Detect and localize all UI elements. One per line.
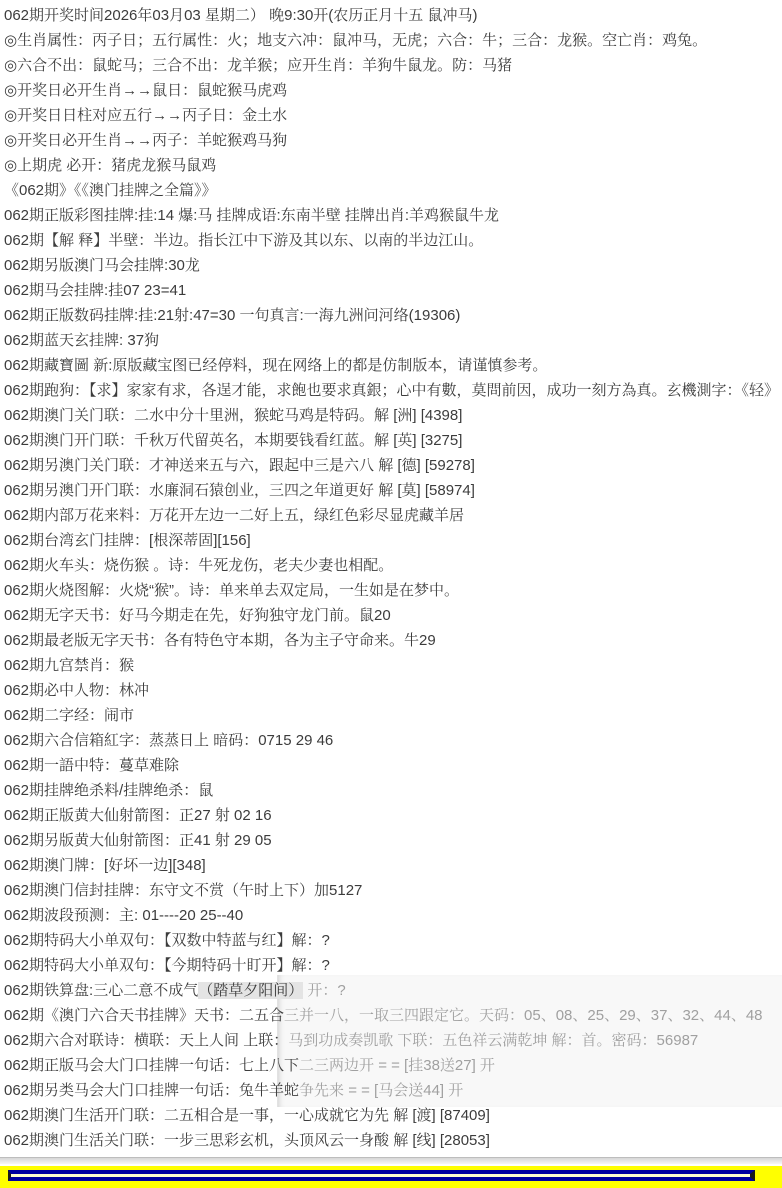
text-line: 062期台湾玄门挂牌：[根深蒂固][156] xyxy=(0,528,782,553)
text-line: 062期澳门生活关门联：一步三思彩玄机，头顶风云一身酸 解 [线] [28053… xyxy=(0,1128,782,1153)
text-segment: 争先来 = = [马会送44] 开 xyxy=(299,1082,463,1099)
text-line: 062期内部万花来料：万花开左边一二好上五，绿红色彩尽显虎藏羊居 xyxy=(0,503,782,528)
text-line: 062期正版马会大门口挂牌一句话：七上八下二三两边开 = = [挂38送27] … xyxy=(0,1053,782,1078)
text-line: 062期火烧图解：火烧“猴”。诗：单来单去双定局，一生如是在梦中。 xyxy=(0,578,782,603)
text-segment: （踏草夕阳间） xyxy=(198,982,303,999)
text-line: ◎开奖日必开生肖→→鼠日：鼠蛇猴马虎鸡 xyxy=(0,78,782,103)
text-line: ◎生肖属性：丙子日；五行属性：火；地支六冲：鼠冲马，无虎；六合：牛；三合：龙猴。… xyxy=(0,28,782,53)
text-line: 062期正版黄大仙射箭图：正27 射 02 16 xyxy=(0,803,782,828)
bottom-marquee-bar xyxy=(0,1166,782,1188)
text-line: 062期铁算盘:三心二意不成气（踏草夕阳间） 开：? xyxy=(0,978,782,1003)
bottom-divider xyxy=(0,1157,782,1164)
text-line: 062期【解 释】半壁：半边。指长江中下游及其以东、以南的半边江山。 xyxy=(0,228,782,253)
text-line: 062期无字天书：好马今期走在先，好狗独守龙门前。鼠20 xyxy=(0,603,782,628)
text-line: 062期澳门关门联：二水中分十里洲，猴蛇马鸡是特码。解 [洲] [4398] xyxy=(0,403,782,428)
text-line: 062期最老版无字天书：各有特色守本期，各为主子守命来。牛29 xyxy=(0,628,782,653)
marquee-stripes-icon xyxy=(8,1170,755,1181)
text-line: 062期另澳门关门联：才神送来五与六，跟起中三是六八 解 [德] [59278] xyxy=(0,453,782,478)
text-segment: 062期铁算盘:三心二意不成气 xyxy=(4,982,198,999)
text-line: 062期六合对联诗：横联：天上人间 上联：马到功成奏凯歌 下联：五色祥云满乾坤 … xyxy=(0,1028,782,1053)
text-segment: 062期正版马会大门口挂牌一句话：七上八下 xyxy=(4,1057,299,1074)
text-line: ◎上期虎 必开：猪虎龙猴马鼠鸡 xyxy=(0,153,782,178)
text-segment: 062期《澳门六合天书挂牌》天书：二五合 xyxy=(4,1007,284,1024)
text-line: 062期澳门生活开门联：二五相合是一事，一心成就它为先 解 [渡] [87409… xyxy=(0,1103,782,1128)
text-line: 062期火车头：烧伤猴 。诗：牛死龙伤，老夫少妻也相配。 xyxy=(0,553,782,578)
text-line: ◎开奖日必开生肖→→丙子：羊蛇猴鸡马狗 xyxy=(0,128,782,153)
text-lines: 062期开奖时间2026年03月03 星期二） 晚9:30开(农历正月十五 鼠冲… xyxy=(0,3,782,1153)
text-segment: 马到功成奏凯歌 下联：五色祥云满乾坤 解：首。密码：56987 xyxy=(288,1032,698,1049)
text-line: 062期特码大小单双句：【双数中特蓝与红】解：? xyxy=(0,928,782,953)
text-line: 062期蓝天玄挂牌: 37狗 xyxy=(0,328,782,353)
text-line: 062期澳门牌：[好坏一边][348] xyxy=(0,853,782,878)
text-line: 062期二字经：闹市 xyxy=(0,703,782,728)
text-line: ◎六合不出：鼠蛇马；三合不出：龙羊猴；应开生肖：羊狗牛鼠龙。防：马猪 xyxy=(0,53,782,78)
text-line: 062期一語中特：蔓草难除 xyxy=(0,753,782,778)
text-line: 062期另澳门开门联：水廉洞石猿创业，三四之年道更好 解 [莫] [58974] xyxy=(0,478,782,503)
text-line: 062期另类马会大门口挂牌一句话：兔牛羊蛇争先来 = = [马会送44] 开 xyxy=(0,1078,782,1103)
text-segment: 二三两边开 = = [挂38送27] 开 xyxy=(299,1057,495,1074)
text-line: 062期开奖时间2026年03月03 星期二） 晚9:30开(农历正月十五 鼠冲… xyxy=(0,3,782,28)
text-line: 062期马会挂牌:挂07 23=41 xyxy=(0,278,782,303)
text-line: 《062期》《《澳门挂牌之全篇》》 xyxy=(0,178,782,203)
text-line: 062期另版黄大仙射箭图：正41 射 29 05 xyxy=(0,828,782,853)
text-line: 062期《澳门六合天书挂牌》天书：二五合三并一八，一取三四跟定它。天码：05、0… xyxy=(0,1003,782,1028)
text-line: 062期澳门信封挂牌：东守文不赏（午时上下）加5127 xyxy=(0,878,782,903)
text-line: 062期九宫禁肖：猴 xyxy=(0,653,782,678)
text-line: 062期正版数码挂牌:挂:21射:47=30 一句真言:一海九洲问河络(1930… xyxy=(0,303,782,328)
text-segment: 三并一八，一取三四跟定它。天码：05、08、25、29、37、32、44、48 xyxy=(284,1007,762,1024)
lottery-info-page: 062期开奖时间2026年03月03 星期二） 晚9:30开(农历正月十五 鼠冲… xyxy=(0,0,782,1188)
text-line: 062期藏寶圖 新:原版藏宝图已经停料，现在网络上的都是仿制版本，请谨慎参考。 xyxy=(0,353,782,378)
text-segment: 062期另类马会大门口挂牌一句话：兔牛羊蛇 xyxy=(4,1082,299,1099)
text-line: ◎开奖日日柱对应五行→→丙子日：金土水 xyxy=(0,103,782,128)
text-line: 062期六合信箱紅字：蒸蒸日上 暗码：0715 29 46 xyxy=(0,728,782,753)
text-line: 062期另版澳门马会挂牌:30龙 xyxy=(0,253,782,278)
text-line: 062期挂牌绝杀料/挂牌绝杀：鼠 xyxy=(0,778,782,803)
text-segment: 062期六合对联诗：横联：天上人间 上联： xyxy=(4,1032,288,1049)
text-line: 062期澳门开门联：千秋万代留英名，本期要钱看红蓝。解 [英] [3275] xyxy=(0,428,782,453)
text-line: 062期跑狗：【求】家家有求，各逞才能，求飽也要求真銀；心中有數，莫問前因，成功… xyxy=(0,378,782,403)
text-line: 062期特码大小单双句：【今期特码十盯开】解：? xyxy=(0,953,782,978)
text-segment: 开：? xyxy=(303,982,346,999)
text-line: 062期正版彩图挂牌:挂:14 爆:马 挂牌成语:东南半壁 挂牌出肖:羊鸡猴鼠牛… xyxy=(0,203,782,228)
text-line: 062期必中人物：林冲 xyxy=(0,678,782,703)
text-line: 062期波段预测：主: 01----20 25--40 xyxy=(0,903,782,928)
